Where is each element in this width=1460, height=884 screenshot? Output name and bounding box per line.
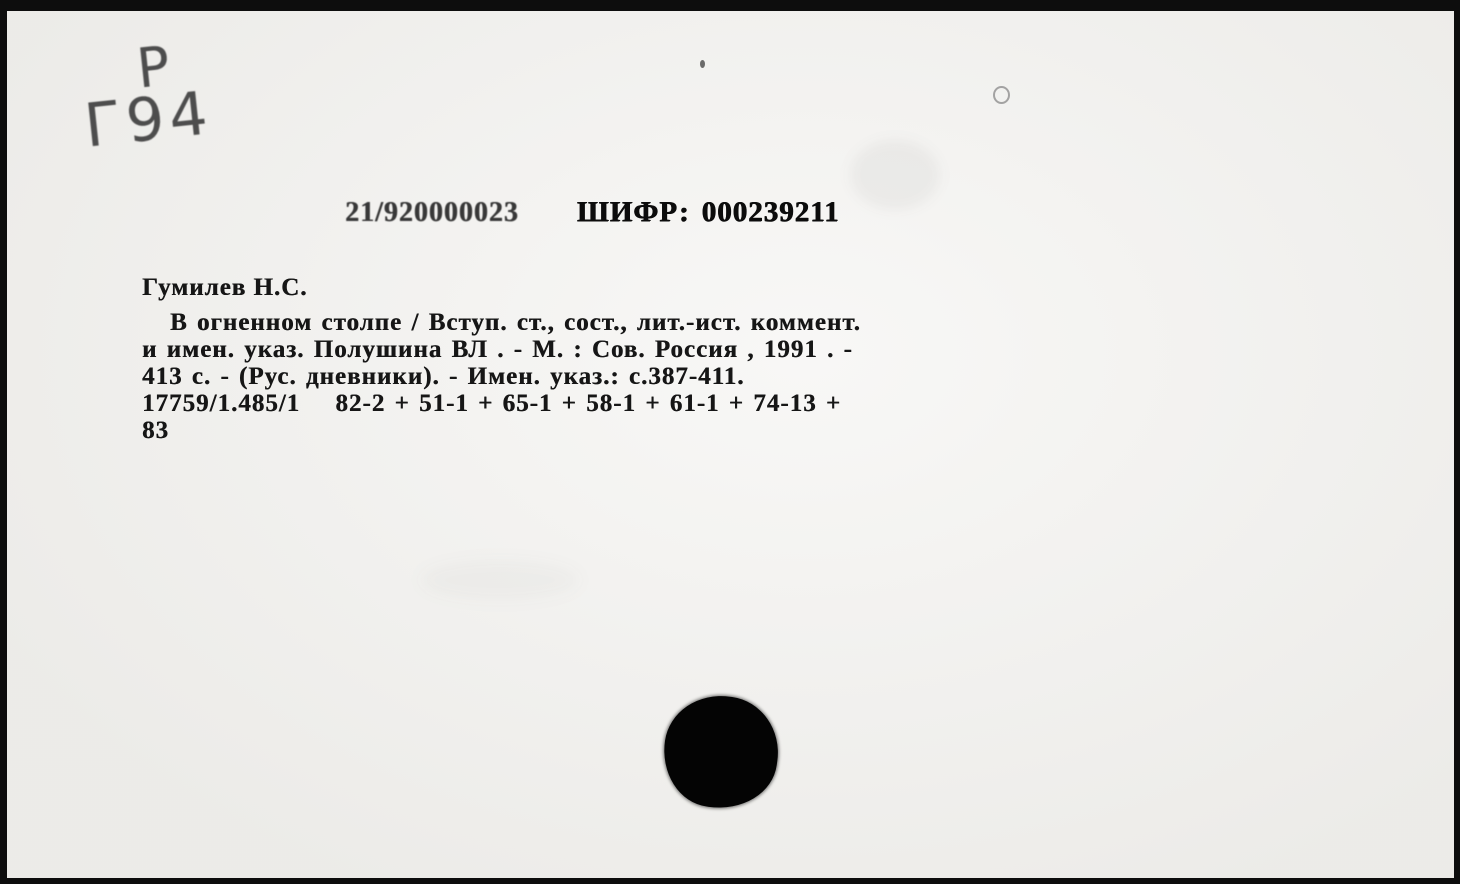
handwritten-call-number: Р Г94 [77,36,216,157]
distribution-continuation: 83 [142,417,1202,444]
cipher-label: ШИФР: [577,196,690,229]
author-heading: Гумилев Н.С. [142,274,307,302]
call-number-code: Г94 [82,83,216,156]
holdings-line: 17759/1.485/1 82-2 + 51-1 + 65-1 + 58-1 … [142,390,1202,417]
accession-number: 21/920000023 [345,197,519,229]
cipher: ШИФР: 000239211 [577,196,840,229]
small-circle-mark [993,86,1010,104]
description-line: 413 с. - (Рус. дневники). - Имен. указ.:… [142,363,1202,390]
inventory-number: 17759/1.485/1 [142,390,300,417]
punch-hole-icon [657,689,785,816]
scan-edge-top [0,0,1460,11]
scan-smudge [850,140,940,210]
scan-edge-left [0,0,7,884]
description-line: и имен. указ. Полушина ВЛ . - М. : Сов. … [142,336,1202,363]
ink-speck [700,60,705,68]
header-row: 21/920000023 ШИФР: 000239211 [345,196,839,229]
cipher-value: 000239211 [702,196,840,229]
bibliographic-description: В огненном столпе / Вступ. ст., сост., л… [142,309,1202,444]
scan-edge-right [1454,0,1460,884]
scan-edge-bottom [0,878,1460,884]
library-catalog-card: Р Г94 21/920000023 ШИФР: 000239211 Гумил… [0,0,1460,884]
scan-smudge [420,560,580,600]
description-line: В огненном столпе / Вступ. ст., сост., л… [142,309,1202,336]
distribution-formula: 82-2 + 51-1 + 65-1 + 58-1 + 61-1 + 74-13… [335,390,841,417]
